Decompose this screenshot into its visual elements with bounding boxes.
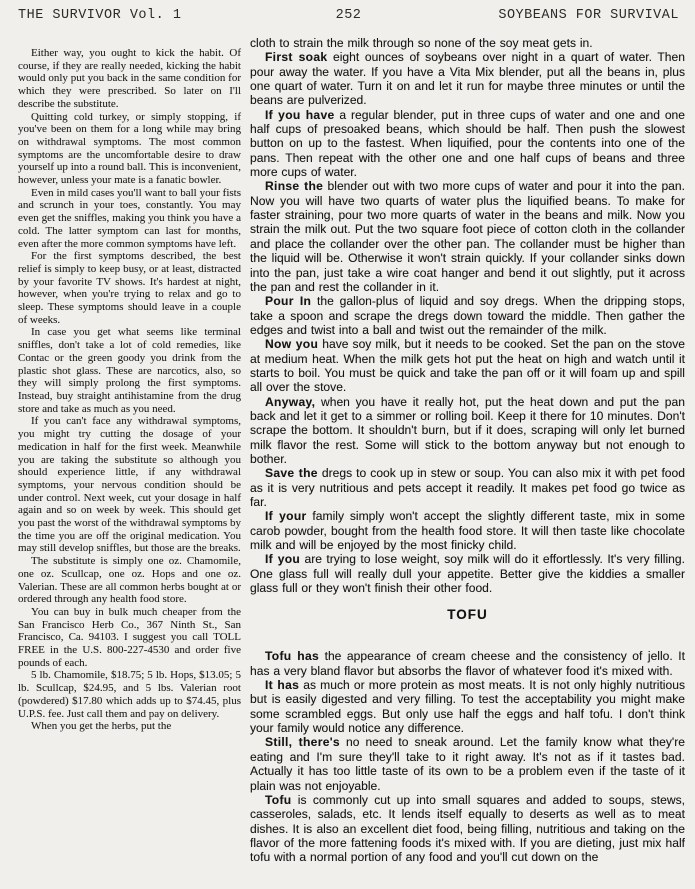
left-paragraph: For the first symptoms described, the be…	[18, 250, 241, 326]
header-book-title: THE SURVIVOR Vol. 1	[18, 8, 336, 23]
left-paragraph: Either way, you ought to kick the habit.…	[18, 47, 241, 111]
header-page-number: 252	[336, 8, 362, 23]
right-column: cloth to strain the milk through so none…	[250, 36, 685, 865]
right-paragraph: If you have a regular blender, put in th…	[250, 108, 685, 180]
paragraph-lead: Still, there's	[265, 735, 340, 749]
right-paragraph: If you are trying to lose weight, soy mi…	[250, 552, 685, 595]
right-paragraph: Rinse the blender out with two more cups…	[250, 179, 685, 294]
right-paragraph: Anyway, when you have it really hot, put…	[250, 395, 685, 467]
paragraph-lead: Tofu has	[265, 649, 319, 663]
right-paragraph: Still, there's no need to sneak around. …	[250, 735, 685, 792]
right-paragraph: cloth to strain the milk through so none…	[250, 36, 685, 50]
right-paragraph: First soak eight ounces of soybeans over…	[250, 50, 685, 107]
right-paragraph: Pour In the gallon-plus of liquid and so…	[250, 294, 685, 337]
section-heading: TOFU	[250, 607, 685, 622]
paragraph-lead: Anyway,	[265, 395, 315, 409]
left-paragraph: If you can't face any withdrawal symptom…	[18, 415, 241, 555]
left-column: Either way, you ought to kick the habit.…	[18, 36, 241, 865]
paragraph-lead: It has	[265, 678, 299, 692]
paragraph-lead: Save the	[265, 466, 318, 480]
right-paragraph: Tofu has the appearance of cream cheese …	[250, 649, 685, 678]
paragraph-lead: Pour In	[265, 294, 311, 308]
page-header: THE SURVIVOR Vol. 1 252 SOYBEANS FOR SUR…	[18, 8, 685, 23]
left-paragraph: When you get the herbs, put the	[18, 720, 241, 733]
right-paragraph: Save the dregs to cook up in stew or sou…	[250, 466, 685, 509]
paragraph-lead: If you	[265, 552, 300, 566]
paragraph-lead: Tofu	[265, 793, 292, 807]
right-paragraph: If your family simply won't accept the s…	[250, 509, 685, 552]
right-paragraph: Tofu is commonly cut up into small squar…	[250, 793, 685, 865]
scanned-book-page: THE SURVIVOR Vol. 1 252 SOYBEANS FOR SUR…	[0, 0, 695, 889]
right-paragraph: It has as much or more protein as most m…	[250, 678, 685, 735]
paragraph-lead: First soak	[265, 50, 327, 64]
paragraph-lead: If your	[265, 509, 307, 523]
left-paragraph: You can buy in bulk much cheaper from th…	[18, 606, 241, 670]
two-column-body: Either way, you ought to kick the habit.…	[18, 36, 685, 865]
right-paragraph: Now you have soy milk, but it needs to b…	[250, 337, 685, 394]
left-paragraph: In case you get what seems like terminal…	[18, 326, 241, 415]
left-paragraph: The substitute is simply one oz. Chamomi…	[18, 555, 241, 606]
paragraph-lead: Rinse the	[265, 179, 323, 193]
left-paragraph: Quitting cold turkey, or simply stopping…	[18, 111, 241, 187]
paragraph-lead: Now you	[265, 337, 318, 351]
left-paragraph: Even in mild cases you'll want to ball y…	[18, 187, 241, 251]
left-paragraph: 5 lb. Chamomile, $18.75; 5 lb. Hops, $13…	[18, 669, 241, 720]
header-section-title: SOYBEANS FOR SURVIVAL	[361, 8, 679, 23]
paragraph-lead: If you have	[265, 108, 335, 122]
